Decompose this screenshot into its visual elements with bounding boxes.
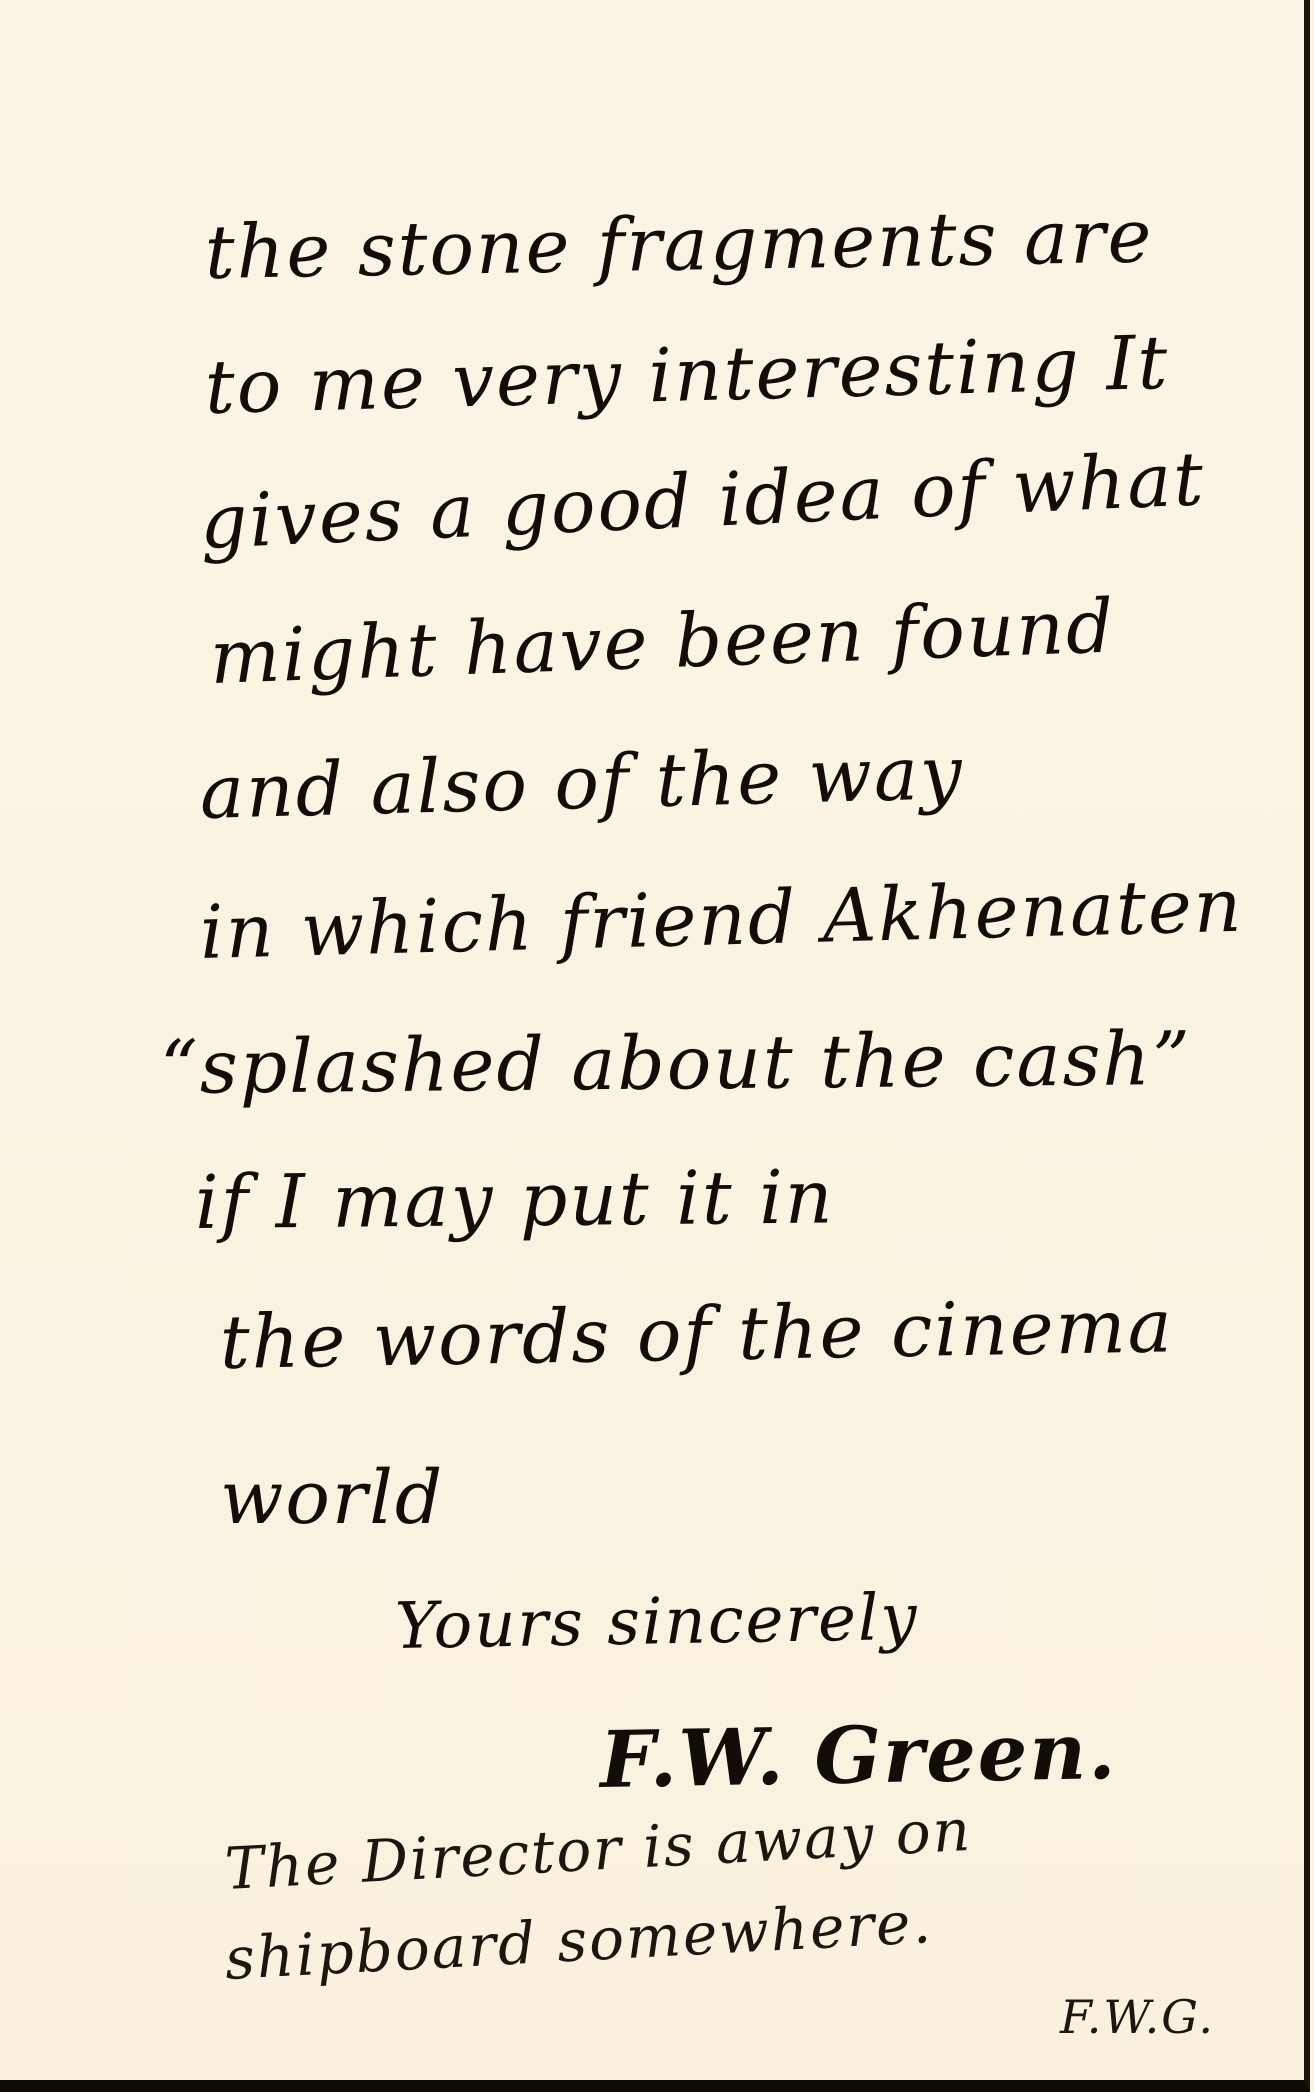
- letter-page: the stone fragments are to me very inter…: [0, 0, 1310, 2092]
- closing-salutation: Yours sincerely: [394, 1581, 919, 1664]
- letter-line-8: if I may put it in: [195, 1154, 835, 1246]
- letter-line-9: the words of the cinema: [219, 1283, 1174, 1386]
- letter-line-5: and also of the way: [199, 730, 965, 836]
- letter-line-7: “splashed about the cash”: [160, 1016, 1193, 1111]
- postscript-line-2: shipboard somewhere.: [223, 1888, 934, 1993]
- signature: F.W. Green.: [599, 1706, 1118, 1806]
- letter-line-1: the stone fragments are: [204, 193, 1154, 296]
- letter-line-3: gives a good idea of what: [198, 436, 1207, 566]
- postscript-line-1: The Director is away on: [223, 1796, 973, 1903]
- postscript-initials: F.W.G.: [1060, 1990, 1215, 2044]
- letter-line-10: world: [220, 1455, 444, 1541]
- letter-line-2: to me very interesting It: [204, 320, 1170, 431]
- letter-line-4: might have been found: [208, 583, 1116, 701]
- letter-line-6: in which friend Akhenaten: [199, 863, 1245, 976]
